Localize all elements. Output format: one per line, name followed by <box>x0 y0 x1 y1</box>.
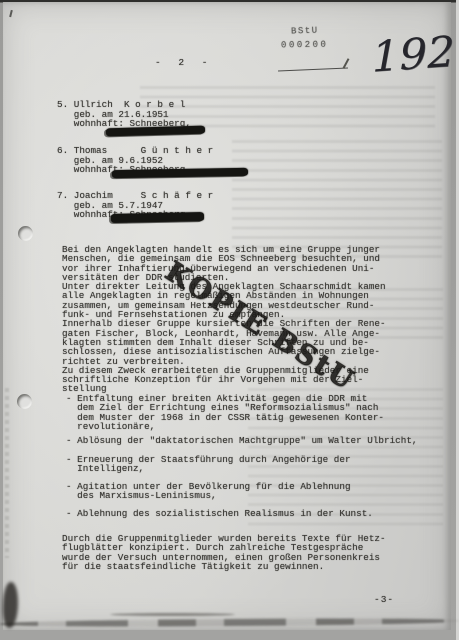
objective-item: - Erneuerung der Staatsführung durch Ang… <box>66 455 351 474</box>
objective-item: - Ablösung der "daktatorischen Machtgrup… <box>66 436 417 445</box>
document-scan: - 2 - BStU 000200 192 5. Ullrich K o r b… <box>0 0 459 640</box>
closing-paragraph: Durch die Gruppenmitglieder wurden berei… <box>62 534 386 572</box>
handwritten-page-number: 192 <box>367 29 459 81</box>
punch-hole <box>17 394 32 409</box>
bleedthrough-texture <box>5 388 9 558</box>
objective-item: - Ablehnung des sozialistischen Realismu… <box>66 509 373 518</box>
punch-hole <box>18 226 33 241</box>
page-number-bottom: -3- <box>374 595 394 604</box>
archive-stamp-label: BStU <box>291 26 319 37</box>
scan-smudge <box>110 613 235 616</box>
objective-item: - Agitation unter der Bevölkerung für di… <box>66 482 351 501</box>
defendant-entry-5: 5. Ullrich K o r b e l geb. am 21.6.1951… <box>57 100 191 129</box>
archive-stamp-number: 000200 <box>281 40 329 51</box>
page-number-top: - 2 - <box>155 58 214 67</box>
objective-item: - Entfaltung einer breiten Aktivität geg… <box>66 394 384 432</box>
